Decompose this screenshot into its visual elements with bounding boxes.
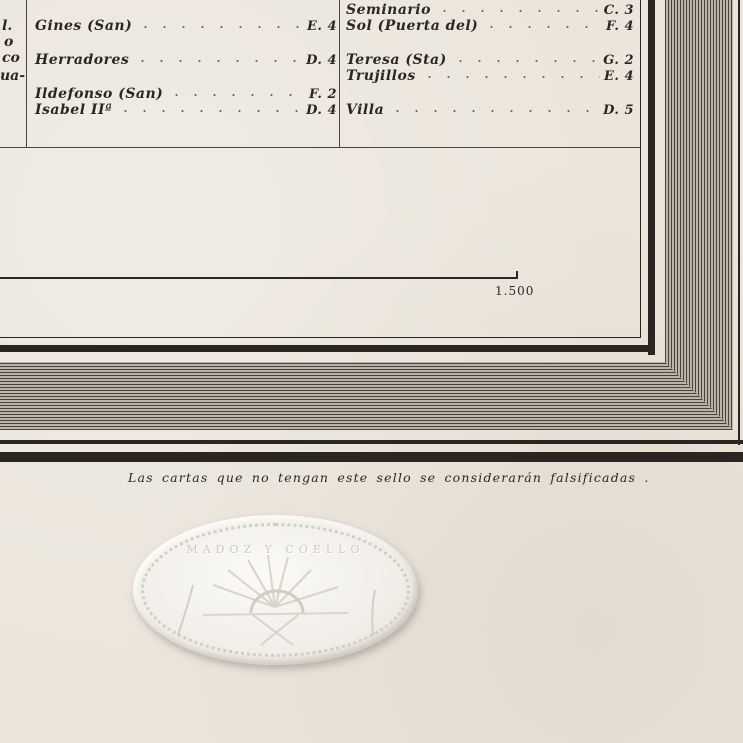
leader-dots bbox=[435, 4, 600, 14]
embossed-seal: MADOZ Y COELLO bbox=[133, 515, 418, 665]
leader-dots bbox=[133, 54, 302, 64]
index-entry: Herradores D. 4 bbox=[35, 52, 337, 70]
leader-dots bbox=[116, 104, 302, 114]
hatched-border-right bbox=[665, 0, 733, 430]
rising-sun-icon bbox=[133, 515, 418, 665]
street-name: Herradores bbox=[35, 52, 129, 68]
grid-reference: F. 4 bbox=[606, 19, 634, 34]
scale-bar-label: 1.500 bbox=[495, 284, 534, 298]
left-column-fragment: ua- bbox=[0, 68, 25, 84]
street-name: Villa bbox=[346, 102, 384, 118]
street-name: Sol (Puerta del) bbox=[346, 18, 478, 34]
index-entry: Trujillos E. 4 bbox=[346, 68, 634, 86]
scale-bar-tick bbox=[516, 271, 518, 279]
index-bottom-rule bbox=[0, 147, 640, 148]
inner-frame-bottom-thick bbox=[0, 345, 655, 352]
index-entry: Isabel IIª D. 4 bbox=[35, 102, 337, 120]
leader-dots bbox=[167, 88, 305, 98]
column-divider-middle bbox=[339, 0, 340, 148]
left-column-fragment: l. bbox=[2, 18, 12, 34]
street-name: Isabel IIª bbox=[35, 102, 112, 118]
street-name: Ildefonso (San) bbox=[35, 86, 163, 102]
grid-reference: D. 4 bbox=[306, 103, 337, 118]
street-name: Teresa (Sta) bbox=[346, 52, 447, 68]
grid-reference: E. 4 bbox=[604, 69, 634, 84]
index-entry: Villa D. 5 bbox=[346, 102, 634, 120]
outer-frame-right-thin bbox=[738, 0, 740, 445]
scale-bar-line bbox=[0, 277, 517, 279]
column-divider-left bbox=[26, 0, 27, 148]
authenticity-caption: Las cartas que no tengan este sello se c… bbox=[128, 470, 650, 485]
street-name: Seminario bbox=[346, 2, 431, 18]
hatched-border-bottom bbox=[0, 362, 733, 430]
street-name: Trujillos bbox=[346, 68, 416, 84]
inner-frame-right-thin bbox=[640, 0, 641, 338]
outer-frame-bottom-thick bbox=[0, 452, 743, 462]
grid-reference: E. 4 bbox=[307, 19, 337, 34]
left-column-fragment: o bbox=[4, 34, 13, 50]
grid-reference: C. 3 bbox=[604, 3, 634, 18]
index-entry: Gines (San) E. 4 bbox=[35, 18, 337, 36]
grid-reference: F. 2 bbox=[309, 87, 337, 102]
grid-reference: G. 2 bbox=[603, 53, 634, 68]
street-name: Gines (San) bbox=[35, 18, 132, 34]
left-column-fragment: co bbox=[2, 50, 20, 66]
leader-dots bbox=[420, 70, 600, 80]
leader-dots bbox=[136, 20, 303, 30]
leader-dots bbox=[388, 104, 599, 114]
inner-frame-bottom-thin bbox=[0, 337, 641, 338]
street-index-panel: l. o co ua- Gines (San) E. 4 Herradores … bbox=[0, 0, 640, 148]
leader-dots bbox=[451, 54, 600, 64]
index-entry: Sol (Puerta del) F. 4 bbox=[346, 18, 634, 36]
leader-dots bbox=[482, 20, 602, 30]
inner-frame-right-thick bbox=[648, 0, 655, 355]
grid-reference: D. 4 bbox=[306, 53, 337, 68]
outer-frame-bottom-thin bbox=[0, 440, 743, 444]
grid-reference: D. 5 bbox=[603, 103, 634, 118]
